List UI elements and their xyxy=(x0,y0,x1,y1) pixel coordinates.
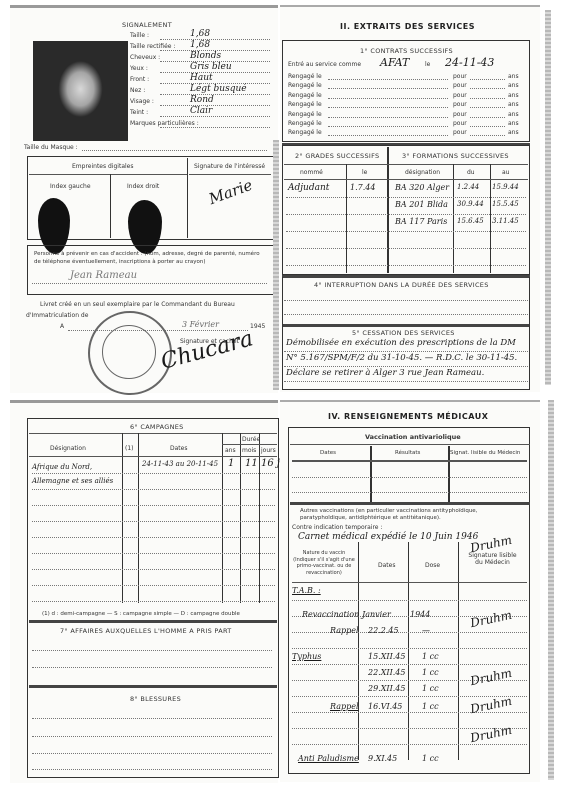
vaccin-dose: — xyxy=(422,626,430,635)
vaccin-nature: Rappel xyxy=(330,626,359,635)
grades-header: 2° GRADES SUCCESSIFS xyxy=(295,152,379,160)
signalement-value: Blonds xyxy=(190,51,221,61)
col-ans: ans xyxy=(225,447,236,454)
signalement-value: Légt busqué xyxy=(190,84,247,94)
vaccin-date: Janvier xyxy=(362,610,391,619)
campagne-designation: Afrique du Nord, Allemagne et ses alliés xyxy=(32,460,120,488)
formation-du: 15.6.45 xyxy=(457,217,484,225)
formation-du: 30.9.44 xyxy=(457,200,484,208)
affaires-header: 7° AFFAIRES AUXQUELLES L'HOMME A PRIS PA… xyxy=(60,627,232,635)
vaccin-dose: 1 cc xyxy=(422,702,439,711)
pour-label: pour xyxy=(453,111,467,118)
signalement-value: Gris bleu xyxy=(190,62,232,72)
col-jours: jours xyxy=(261,447,276,454)
vaccin-date: 16.VI.45 xyxy=(368,702,402,711)
variole-col: Signat. lisible du Médecin xyxy=(450,450,520,456)
page-campagnes: 6° CAMPAGNES Désignation(1)DatesDuréeans… xyxy=(10,400,278,783)
signature-header: Signature de l'intéressé xyxy=(194,163,265,170)
campagne-ans: 1 xyxy=(228,458,234,469)
pour-label: pour xyxy=(453,129,467,136)
signalement-value: 1,68 xyxy=(190,29,210,39)
signalement-value: Haut xyxy=(190,73,213,83)
signalement-title: SIGNALEMENT xyxy=(122,21,172,29)
reengage-label: Rengagé le xyxy=(288,92,322,99)
vaccin-col-nature: Nature du vaccin (Indiquer s'il s'agit d… xyxy=(292,550,356,576)
signalement-value: 1,68 xyxy=(190,40,210,50)
pour-label: pour xyxy=(453,82,467,89)
vaccin-nature: Revaccination xyxy=(302,610,359,619)
vaccin-nature: Anti Paludisme xyxy=(298,754,359,763)
creation-date: 3 Février xyxy=(182,320,219,329)
col-mois: mois xyxy=(242,447,256,454)
reengage-label: Rengagé le xyxy=(288,82,322,89)
vaccin-date: 15.XII.45 xyxy=(368,652,405,661)
vaccin-nature: Rappel xyxy=(330,702,359,711)
creation-line2: d'Immatriculation de xyxy=(26,312,88,319)
pour-label: pour xyxy=(453,92,467,99)
ans-label: ans xyxy=(508,111,519,118)
signalement-label: Nez : xyxy=(130,87,145,94)
col-duree: Durée xyxy=(242,436,260,443)
formations-header: 3° FORMATIONS SUCCESSIVES xyxy=(402,152,509,160)
creation-line1: Livret créé en un seul exemplaire par le… xyxy=(40,301,235,308)
entry-value: AFAT xyxy=(380,56,409,69)
place-prefix: A xyxy=(60,323,64,330)
campagnes-footnote: (1) d : demi-campagne — S : campagne sim… xyxy=(42,611,240,617)
fingerprint-header: Empreintes digitales xyxy=(72,163,133,170)
contact-value: Jean Rameau xyxy=(70,270,137,281)
reengage-label: Rengagé le xyxy=(288,73,322,80)
page-signalement: SIGNALEMENT Taille :1,68Taille rectifiée… xyxy=(10,5,278,393)
creation-year: 1945 xyxy=(250,323,265,330)
vaccin-date: 22.2.45 xyxy=(368,626,399,635)
formations-col: au xyxy=(502,169,509,176)
col-dates: Dates xyxy=(170,445,187,452)
vaccin-dose: 1944 xyxy=(410,610,430,619)
formation-au: 15.5.45 xyxy=(492,200,519,208)
vaccin-col-dates: Dates xyxy=(378,562,395,569)
pour-label: pour xyxy=(453,73,467,80)
vaccin-date: 29.XII.45 xyxy=(368,684,405,693)
contact-label: Personne à prévenir en cas d'accident : … xyxy=(34,250,266,266)
autres-label: Autres vaccinations (en particulier vacc… xyxy=(300,508,520,522)
vaccin-nature: Typhus xyxy=(292,652,321,661)
signalement-label: Cheveux : xyxy=(130,54,160,61)
reengage-label: Rengagé le xyxy=(288,129,322,136)
formation-designation: BA 201 Blida xyxy=(395,200,448,209)
reengage-label: Rengagé le xyxy=(288,120,322,127)
signalement-value: Clair xyxy=(190,106,212,116)
variole-col: Dates xyxy=(320,450,336,456)
formations-col: désignation xyxy=(405,169,440,176)
contre-value: Carnet médical expédié le 10 Juin 1946 xyxy=(298,532,478,542)
grades-col: nommé xyxy=(300,169,323,176)
vaccin-dose: 1 cc xyxy=(422,754,439,763)
variole-col: Résultats xyxy=(395,450,420,456)
vaccin-date: 22.XII.45 xyxy=(368,668,405,677)
mask-label: Taille du Masque : xyxy=(24,144,78,151)
formation-au: 15.9.44 xyxy=(492,183,519,191)
grade-le: 1.7.44 xyxy=(350,183,375,192)
signalement-label: Front : xyxy=(130,76,149,83)
vaccin-col-dose: Dose xyxy=(425,562,440,569)
ans-label: ans xyxy=(508,73,519,80)
vaccin-dose: 1 cc xyxy=(422,668,439,677)
signalement-label: Yeux : xyxy=(130,65,148,72)
formations-col: du xyxy=(467,169,475,176)
ans-label: ans xyxy=(508,92,519,99)
index-left-label: Index gauche xyxy=(50,183,91,190)
contracts-header: 1° CONTRATS SUCCESSIFS xyxy=(360,47,453,55)
formation-designation: BA 117 Paris xyxy=(395,217,447,226)
commander-signature: Chucara xyxy=(158,326,256,375)
pour-label: pour xyxy=(453,101,467,108)
contre-label: Contre indication temporaire : xyxy=(292,524,382,531)
blessures-header: 8° BLESSURES xyxy=(130,695,181,703)
entry-label: Entré au service comme xyxy=(288,61,361,68)
grades-col: le xyxy=(362,169,367,176)
ans-label: ans xyxy=(508,129,519,136)
reengage-label: Rengagé le xyxy=(288,101,322,108)
campagne-mois: 11 xyxy=(245,458,258,469)
signalement-label: Taille rectifiée : xyxy=(130,43,175,50)
pour-label: pour xyxy=(453,120,467,127)
formation-du: 1.2.44 xyxy=(457,183,479,191)
signalement-value: Rond xyxy=(190,95,214,105)
page-medical: IV. RENSEIGNEMENTS MÉDICAUX Vaccination … xyxy=(280,400,540,782)
col-code: (1) xyxy=(125,445,134,452)
formation-designation: BA 320 Alger xyxy=(395,183,449,192)
vaccin-dose: 1 cc xyxy=(422,652,439,661)
vaccin-nature: T.A.B. : xyxy=(292,586,321,595)
page-extraits-services: II. EXTRAITS DES SERVICES 1° CONTRATS SU… xyxy=(280,5,540,392)
ans-label: ans xyxy=(508,82,519,89)
campagnes-header: 6° CAMPAGNES xyxy=(130,423,184,431)
identity-photo xyxy=(33,41,128,141)
ans-label: ans xyxy=(508,101,519,108)
medical-title: IV. RENSEIGNEMENTS MÉDICAUX xyxy=(328,412,488,421)
col-designation: Désignation xyxy=(50,445,86,452)
vaccin-date: 9.XI.45 xyxy=(368,754,397,763)
entry-date: 24-11-43 xyxy=(445,56,494,69)
signalement-label: Taille : xyxy=(130,32,149,39)
signalement-label: Marques particulières : xyxy=(130,120,199,127)
formation-au: 3.11.45 xyxy=(492,217,519,225)
grade-nomme: Adjudant xyxy=(288,183,329,193)
campagne-jours: 16 j xyxy=(261,458,280,469)
reengage-label: Rengagé le xyxy=(288,111,322,118)
campagne-dates: 24-11-43 au 20-11-45 xyxy=(142,460,218,468)
signalement-label: Visage : xyxy=(130,98,154,105)
variole-header: Vaccination antivariolique xyxy=(365,433,461,441)
index-right-label: Index droit xyxy=(127,183,159,190)
services-title: II. EXTRAITS DES SERVICES xyxy=(340,22,475,31)
vaccin-dose: 1 cc xyxy=(422,684,439,693)
signalement-label: Teint : xyxy=(130,109,148,116)
ans-label: ans xyxy=(508,120,519,127)
